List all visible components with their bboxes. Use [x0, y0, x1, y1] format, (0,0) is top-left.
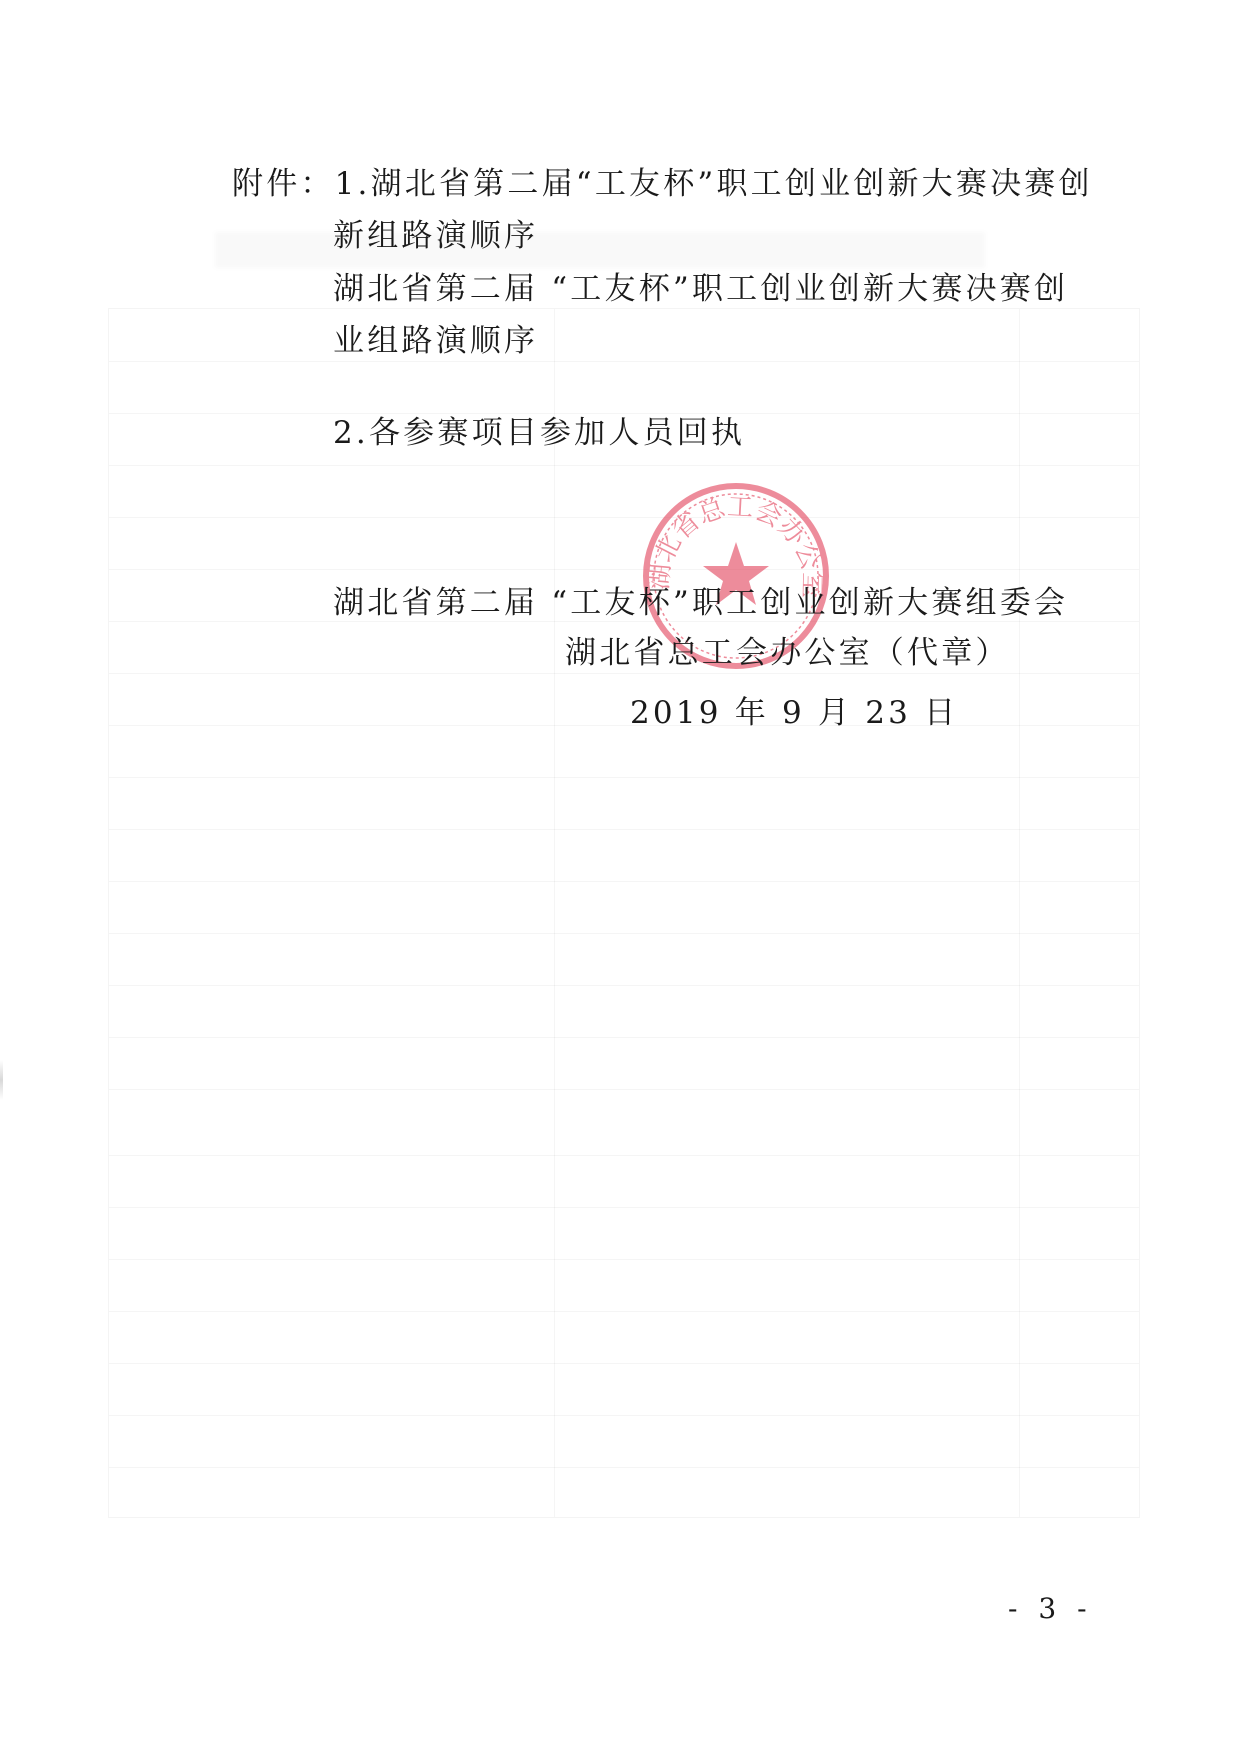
bleed-through-title — [215, 232, 985, 268]
bleed-through-table — [108, 308, 1140, 1518]
signature-date: 2019 年 9 月 23 日 — [630, 693, 958, 733]
signature-org-2: 湖北省总工会办公室（代章） — [565, 633, 1010, 673]
document-page: 附件：1.湖北省第二届“工友杯”职工创业创新大赛决赛创 新组路演顺序 湖北省第二… — [0, 0, 1239, 1752]
scan-edge-mark — [0, 1060, 3, 1100]
attachments-line-4: 业组路演顺序 — [333, 321, 538, 361]
attachments-line-3: 湖北省第二届 “工友杯”职工创业创新大赛决赛创 — [333, 269, 1068, 309]
attachment-item-1: 1.湖北省第二届“工友杯”职工创业创新大赛决赛创 — [335, 166, 1093, 202]
attachment-item-2: 2.各参赛项目参加人员回执 — [333, 413, 745, 453]
attachments-line-2: 新组路演顺序 — [333, 216, 538, 256]
attachments-line-1: 附件：1.湖北省第二届“工友杯”职工创业创新大赛决赛创 — [232, 164, 1093, 204]
signature-org-1: 湖北省第二届 “工友杯”职工创业创新大赛组委会 — [333, 583, 1068, 623]
attachments-label: 附件： — [232, 166, 335, 202]
page-number: - 3 - — [1008, 1592, 1093, 1625]
